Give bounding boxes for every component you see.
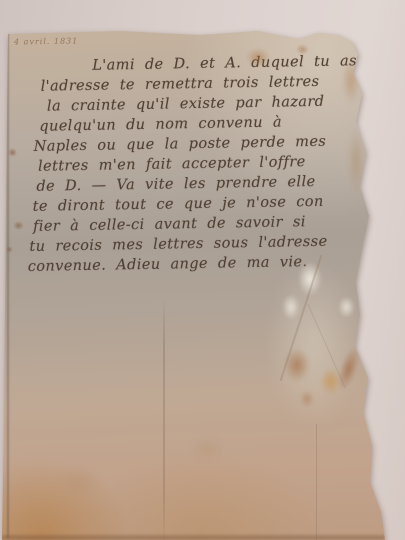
water-damage-zone — [266, 258, 362, 428]
rust-stain — [333, 344, 363, 393]
date-annotation: 4 avril. 1831 — [14, 36, 78, 46]
paper-loss-patch — [338, 296, 355, 318]
paper-loss-patch — [282, 294, 300, 320]
rust-stain — [320, 368, 341, 395]
rust-stain — [284, 348, 310, 382]
letter-body: L'ami de D. et A. duquel tu as l'adresse… — [24, 51, 370, 277]
vertical-crease — [316, 424, 317, 540]
diagonal-crease — [307, 304, 345, 388]
fox-spot — [13, 221, 24, 230]
photo-background: 4 avril. 1831 L'ami de D. et A. duquel t… — [0, 0, 405, 540]
letter-sheet-wrapper: 4 avril. 1831 L'ami de D. et A. duquel t… — [0, 0, 405, 540]
paper-left-edge-shadow — [7, 33, 9, 538]
vertical-crease — [163, 296, 165, 540]
fox-stain — [60, 468, 100, 494]
rust-stain — [300, 390, 314, 408]
fox-stain — [190, 438, 224, 460]
fox-spot — [8, 148, 17, 157]
paper-bottom-edge-shadow — [2, 535, 385, 540]
diagonal-crease — [280, 255, 322, 381]
letter-sheet: 4 avril. 1831 L'ami de D. et A. duquel t… — [0, 0, 405, 540]
